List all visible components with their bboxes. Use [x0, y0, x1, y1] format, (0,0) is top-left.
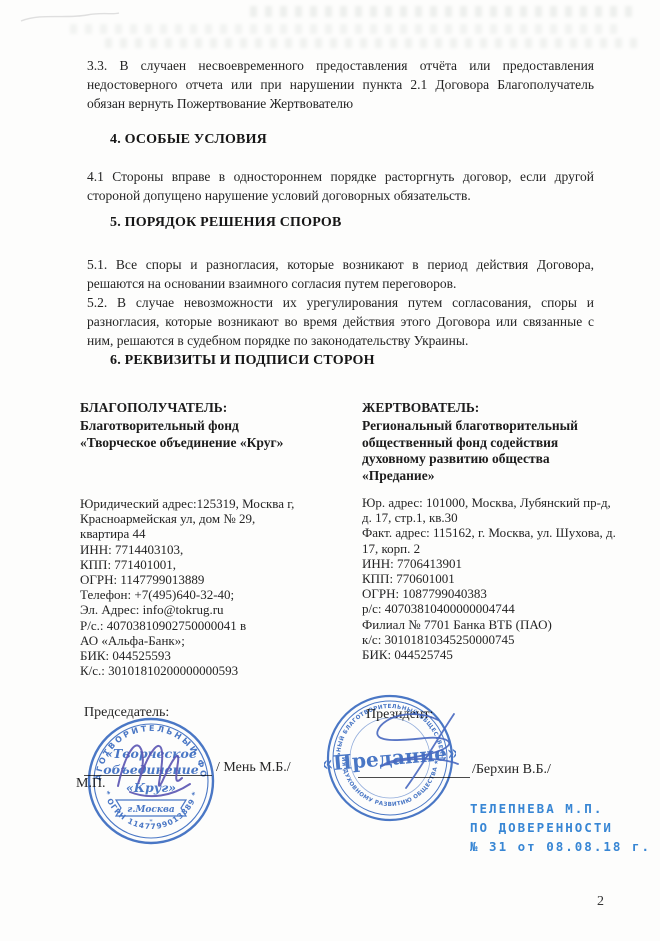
clause-5-2: 5.2. В случае невозможности их урегулиро… — [87, 293, 594, 350]
donor-name: Региональный благотворительныйобщественн… — [362, 418, 578, 484]
beneficiary-role-heading: БЛАГОПОЛУЧАТЕЛЬ: — [80, 400, 227, 416]
clause-5-1: 5.1. Все споры и разногласия, которые во… — [87, 255, 594, 293]
scan-bleed-artifact — [105, 38, 640, 48]
clause-3-3: 3.3. В случаен несвоевременного предоста… — [87, 56, 594, 113]
beneficiary-name: Благотворительный фонд«Творческое объеди… — [80, 418, 283, 451]
section-5-heading: 5. ПОРЯДОК РЕШЕНИЯ СПОРОВ — [110, 215, 342, 231]
section-4-heading: 4. ОСОБЫЕ УСЛОВИЯ — [110, 132, 267, 148]
scanned-contract-page: 3.3. В случаен несвоевременного предоста… — [0, 0, 660, 941]
donor-handwritten-signature — [338, 700, 488, 800]
donor-details: Юр. адрес: 101000, Москва, Лубянский пр-… — [362, 495, 616, 662]
clause-4-1: 4.1 Стороны вправе в одностороннем поряд… — [87, 167, 594, 205]
attorney-stamp: ТЕЛЕПНЕВА М.П.ПО ДОВЕРЕННОСТИ№ 31 от 08.… — [470, 799, 651, 856]
page-number: 2 — [597, 894, 604, 910]
scan-bleed-artifact — [250, 6, 635, 17]
beneficiary-handwritten-signature — [102, 720, 222, 815]
beneficiary-details: Юридический адрес:125319, Москва г,Красн… — [80, 496, 294, 678]
pencil-mark-artifact — [15, 5, 125, 31]
section-6-heading: 6. РЕКВИЗИТЫ И ПОДПИСИ СТОРОН — [110, 353, 375, 369]
beneficiary-signer-name: / Мень М.Б./ — [216, 760, 291, 776]
stamp-dot: * — [149, 818, 153, 826]
donor-role-heading: ЖЕРТВОВАТЕЛЬ: — [362, 400, 479, 416]
scan-bleed-artifact — [70, 24, 620, 34]
